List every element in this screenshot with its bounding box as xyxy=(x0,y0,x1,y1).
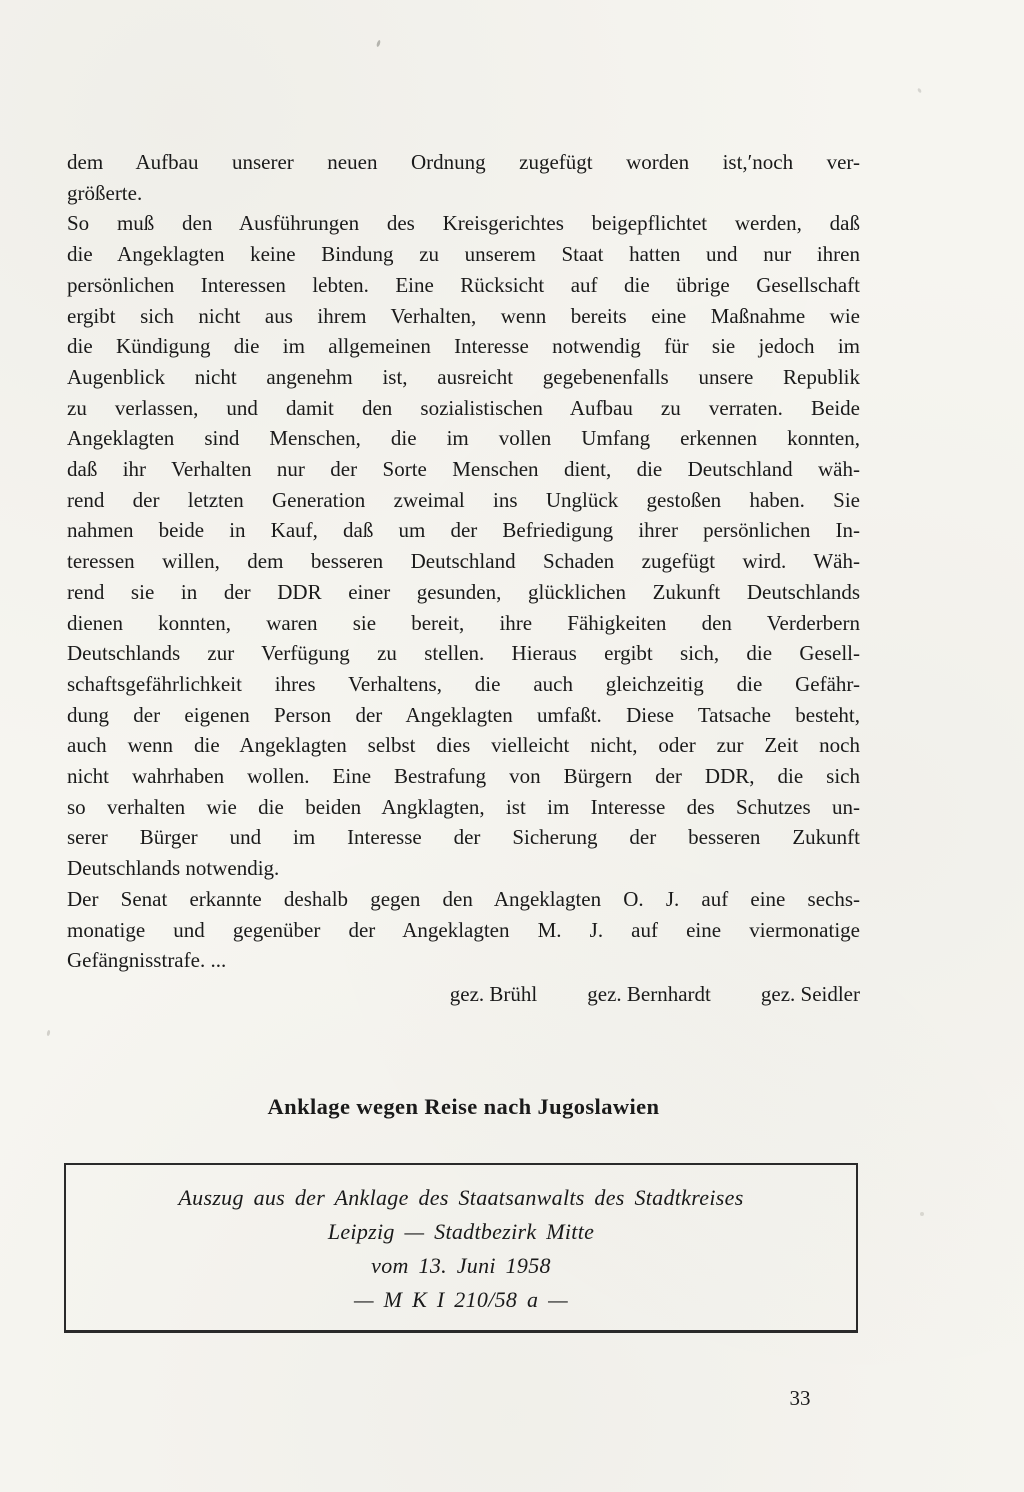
text-line: Deutschlands zur Verfügung zu stellen. H… xyxy=(67,638,860,669)
scan-speck xyxy=(917,88,922,94)
scan-speck xyxy=(376,40,381,48)
section-heading: Anklage wegen Reise nach Jugoslawien xyxy=(67,1094,860,1120)
text-line: zu verlassen, und damit den sozialistisc… xyxy=(67,393,860,424)
scan-speck xyxy=(920,1212,924,1216)
excerpt-line: — M K I 210/58 a — xyxy=(66,1283,856,1317)
text-line: So muß den Ausführungen des Kreisgericht… xyxy=(67,208,860,239)
text-line: die Angeklagten keine Bindung zu unserem… xyxy=(67,239,860,270)
text-line: ergibt sich nicht aus ihrem Verhalten, w… xyxy=(67,301,860,332)
text-line: dem Aufbau unserer neuen Ordnung zugefüg… xyxy=(67,147,860,178)
text-line: persönlichen Interessen lebten. Eine Rüc… xyxy=(67,270,860,301)
text-line: rend sie in der DDR einer gesunden, glüc… xyxy=(67,577,860,608)
text-line: rend der letzten Generation zweimal ins … xyxy=(67,485,860,516)
text-line: so verhalten wie die beiden Angklagten, … xyxy=(67,792,860,823)
text-line: dienen konnten, waren sie bereit, ihre F… xyxy=(67,608,860,639)
text-line: nahmen beide in Kauf, daß um der Befried… xyxy=(67,515,860,546)
excerpt-line: Leipzig — Stadtbezirk Mitte xyxy=(66,1215,856,1249)
text-line: Der Senat erkannte deshalb gegen den Ang… xyxy=(67,884,860,915)
signature-row: gez. Brühl gez. Bernhardt gez. Seidler xyxy=(67,979,860,1010)
excerpt-box: Auszug aus der Anklage des Staatsanwalts… xyxy=(64,1163,858,1333)
text-line: schaftsgefährlichkeit ihres Verhaltens, … xyxy=(67,669,860,700)
text-line: monatige und gegenüber der Angeklagten M… xyxy=(67,915,860,946)
page-number: 33 xyxy=(776,1386,824,1411)
text-line: serer Bürger und im Interesse der Sicher… xyxy=(67,822,860,853)
signature: gez. Brühl xyxy=(450,979,537,1010)
scan-speck xyxy=(46,1030,50,1036)
scanned-book-page: { "page": { "paper_color": "#f6f5f0", "i… xyxy=(0,0,1024,1492)
text-line: Gefängnisstrafe. ... xyxy=(67,945,860,976)
excerpt-line: vom 13. Juni 1958 xyxy=(66,1249,856,1283)
text-line: daß ihr Verhalten nur der Sorte Menschen… xyxy=(67,454,860,485)
text-line: größerte. xyxy=(67,178,860,209)
text-line: nicht wahrhaben wollen. Eine Bestrafung … xyxy=(67,761,860,792)
text-line: Augenblick nicht angenehm ist, ausreicht… xyxy=(67,362,860,393)
excerpt-line: Auszug aus der Anklage des Staatsanwalts… xyxy=(66,1181,856,1215)
text-line: Deutschlands notwendig. xyxy=(67,853,860,884)
text-line: auch wenn die Angeklagten selbst dies vi… xyxy=(67,730,860,761)
signature: gez. Seidler xyxy=(761,979,860,1010)
text-line: dung der eigenen Person der Angeklagten … xyxy=(67,700,860,731)
judgment-text-block: dem Aufbau unserer neuen Ordnung zugefüg… xyxy=(67,147,860,1010)
text-line: Angeklagten sind Menschen, die im vollen… xyxy=(67,423,860,454)
signature: gez. Bernhardt xyxy=(587,979,711,1010)
text-line: teressen willen, dem besseren Deutschlan… xyxy=(67,546,860,577)
text-line: die Kündigung die im allgemeinen Interes… xyxy=(67,331,860,362)
